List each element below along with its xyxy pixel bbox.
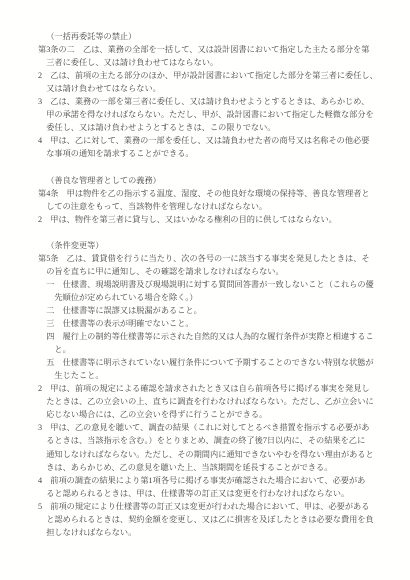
text-line: と認められるときは、契約金額を変更し、又は乙に損害を及ぼしたときは必要な費用を負 — [38, 513, 388, 526]
text-line: 甲の承諾を得なければならない。ただし、甲が、設計図書において指定した軽微な部分を — [38, 108, 388, 121]
text-line: 4 甲は、乙に対して、業務の一部を委任し、又は請負わせた者の商号又は名称その他必… — [38, 134, 388, 147]
text-line: 三者に委任し、又は請け負わせてはならない。 — [38, 56, 388, 69]
document-page: （一括再委託等の禁止）第3条の二 乙は、業務の全部を一括して、又は設計図書におい… — [0, 0, 410, 580]
text-line: 2 乙は、前項の主たる部分のほか、甲が設計図書において指定した部分を第三者に委任… — [38, 69, 388, 82]
text-line: 担しなければならない。 — [38, 526, 388, 539]
section-heading: （善良な管理者としての義務） — [38, 174, 388, 187]
text-line: 3 甲は、乙の意見を聴いて、調査の結果（これに対してとるべき措置を指示する必要が… — [38, 421, 388, 434]
text-line: ると認められるときは、甲は、仕様書等の訂正又は変更を行わなければならない。 — [38, 487, 388, 500]
section-heading: （条件変更等） — [38, 239, 388, 252]
text-line: 三 仕様書等の表示が明確でないこと。 — [38, 317, 388, 330]
text-line: たときは、乙の立会いの上、直ちに調査を行わなければならない。ただし、乙が立会いに — [38, 395, 388, 408]
text-line: 4 前項の調査の結果により第1項各号に掲げる事実が確認された場合において、必要が… — [38, 474, 388, 487]
text-line: 通知しなければならない。ただし、その期間内に通知できないやむを得ない理由があると — [38, 448, 388, 461]
text-line: 四 履行上の制約等仕様書等に示された自然的又は人為的な履行条件が実際と相違するこ — [38, 330, 388, 343]
text-line: きは、あらかじめ、乙の意見を聴いた上、当該期間を延長することができる。 — [38, 461, 388, 474]
text-line: 二 仕様書等に誤謬又は脱漏があること。 — [38, 304, 388, 317]
text-line: 又は請け負わせてはならない。 — [38, 82, 388, 95]
text-line: 委任し、又は請け負わせようとするときは、この限りでない。 — [38, 121, 388, 134]
text-line: るときは、当該指示を含む。）をとりまとめ、調査の終了後7日以内に、その結果を乙に — [38, 434, 388, 447]
text-line: しての注意をもって、当該物件を管理しなければならない。 — [38, 200, 388, 213]
text-line: 先順位が定められている場合を除く。） — [38, 291, 388, 304]
text-line: 生じたこと。 — [38, 369, 388, 382]
text-line: の旨を直ちに甲に通知し、その確認を請求しなければならない。 — [38, 265, 388, 278]
section-1: （一括再委託等の禁止）第3条の二 乙は、業務の全部を一括して、又は設計図書におい… — [38, 30, 388, 160]
text-line: 第5条 乙は、賃貸借を行うに当たり、次の各号の一に該当する事実を発見したときは、… — [38, 252, 388, 265]
section-heading: （一括再委託等の禁止） — [38, 30, 388, 43]
section-3: （条件変更等）第5条 乙は、賃貸借を行うに当たり、次の各号の一に該当する事実を発… — [38, 239, 388, 539]
section-2: （善良な管理者としての義務）第4条 甲は物件を乙の指示する温度、湿度、その他良好… — [38, 174, 388, 226]
text-line: 五 仕様書等に明示されていない履行条件について予期することのできない特別な状態が — [38, 356, 388, 369]
text-line: 応じない場合には、乙の立会いを得ずに行うことができる。 — [38, 408, 388, 421]
text-line: 第3条の二 乙は、業務の全部を一括して、又は設計図書において指定した主たる部分を… — [38, 43, 388, 56]
text-line: と。 — [38, 343, 388, 356]
text-line: 2 甲は、物件を第三者に貸与し、又はいかなる権利の目的に供してはならない。 — [38, 213, 388, 226]
text-line: 5 前項の規定により仕様書等の訂正又は変更が行われた場合において、甲は、必要があ… — [38, 500, 388, 513]
text-line: 2 甲は、前項の規定による確認を請求されたとき又は自ら前項各号に掲げる事実を発見… — [38, 382, 388, 395]
document-body: （一括再委託等の禁止）第3条の二 乙は、業務の全部を一括して、又は設計図書におい… — [38, 30, 388, 539]
text-line: 3 乙は、業務の一部を第三者に委任し、又は請け負わせようとするときは、あらかじめ… — [38, 95, 388, 108]
text-line: 第4条 甲は物件を乙の指示する温度、湿度、その他良好な環境の保持等、善良な管理者… — [38, 187, 388, 200]
text-line: な事項の通知を請求することができる。 — [38, 147, 388, 160]
text-line: 一 仕様書、現場説明書及び現場説明に対する質問回答書が一致しないこと（これらの優 — [38, 278, 388, 291]
